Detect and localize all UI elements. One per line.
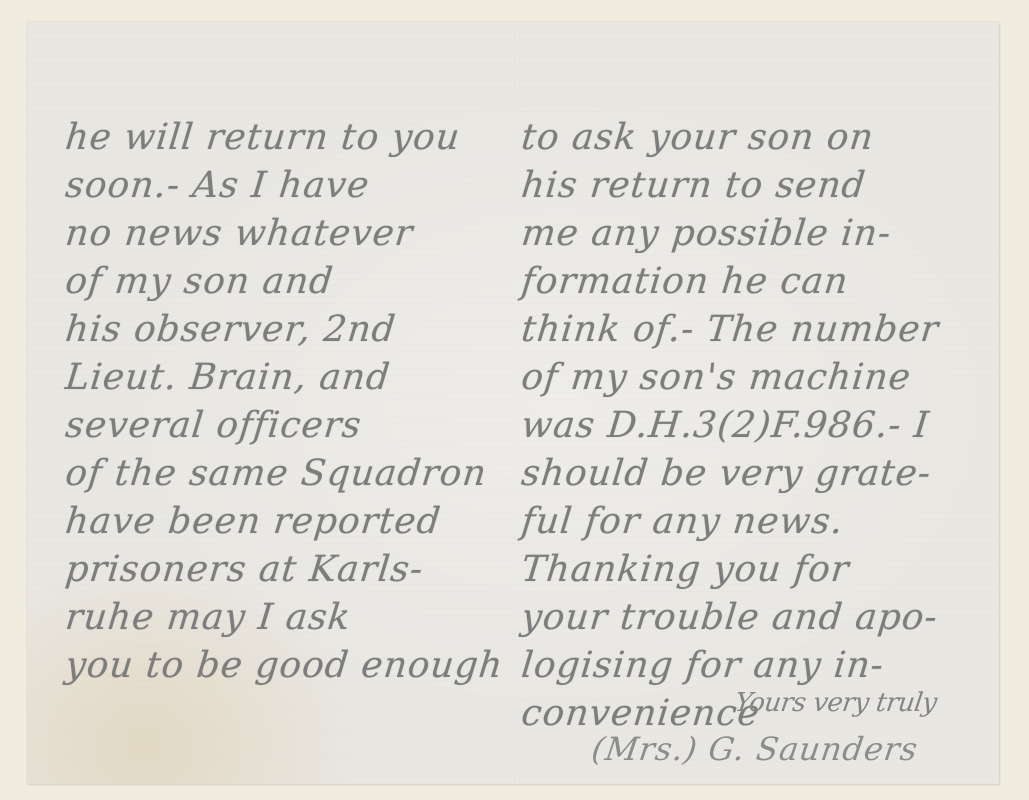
handwritten-line: Lieut. Brain, and [63, 354, 528, 402]
left-page-text: he will return to you soon.- As I have n… [63, 114, 523, 690]
handwritten-line: you to be good enough [63, 642, 528, 690]
handwritten-line: his return to send [519, 162, 994, 210]
handwritten-line: your trouble and apo- [519, 594, 994, 642]
handwritten-line: of my son's machine [519, 354, 994, 402]
handwritten-line: ful for any news. [519, 498, 994, 546]
handwritten-line: prisoners at Karls- [63, 546, 528, 594]
handwritten-line: to ask your son on [519, 114, 994, 162]
handwritten-line: ruhe may I ask [63, 594, 528, 642]
letter-sheet: he will return to you soon.- As I have n… [27, 22, 999, 784]
handwritten-line: think of.- The number [519, 306, 994, 354]
right-page-text: to ask your son on his return to send me… [519, 114, 989, 738]
handwritten-line: was D.H.3(2)F.986.- I [519, 402, 994, 450]
handwritten-line: his observer, 2nd [63, 306, 528, 354]
handwritten-line: formation he can [519, 258, 994, 306]
handwritten-line: of the same Squadron [63, 450, 528, 498]
handwritten-line: no news whatever [63, 210, 528, 258]
handwritten-line: soon.- As I have [63, 162, 528, 210]
handwritten-line: he will return to you [63, 114, 528, 162]
handwritten-line: several officers [63, 402, 528, 450]
handwritten-line: me any possible in- [519, 210, 994, 258]
handwritten-line: have been reported [63, 498, 528, 546]
handwritten-line: Thanking you for [519, 546, 994, 594]
handwritten-line: logising for any in- [519, 642, 994, 690]
handwritten-line: should be very grate- [519, 450, 994, 498]
letter-closing: Yours very truly [733, 688, 939, 718]
handwritten-line: of my son and [63, 258, 528, 306]
letter-signature: (Mrs.) G. Saunders [589, 730, 920, 768]
